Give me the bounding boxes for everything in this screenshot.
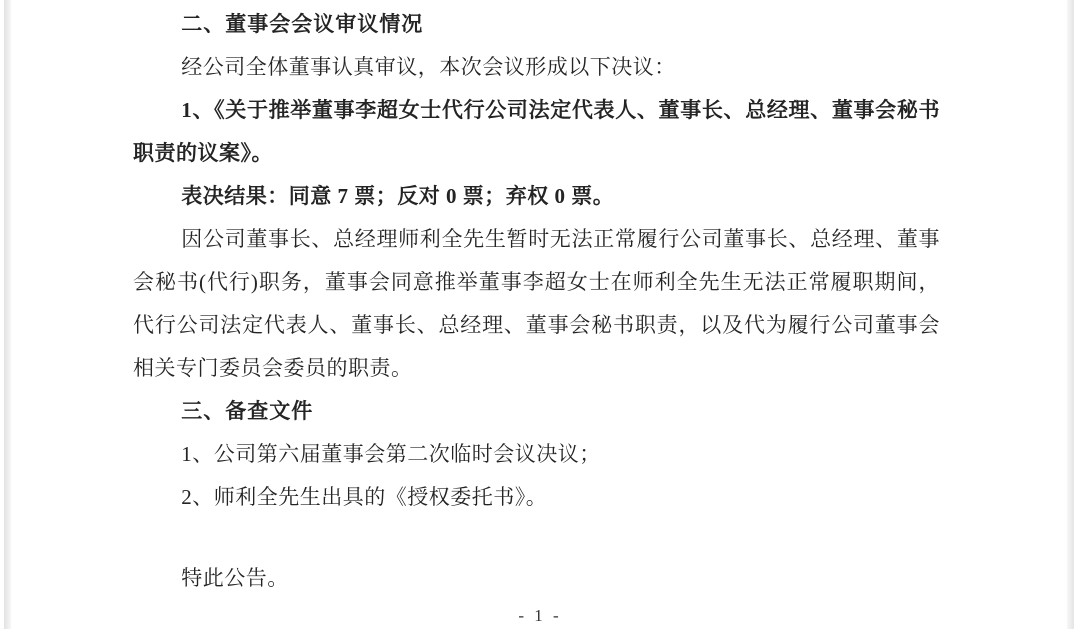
page-edge-right-shadow [1067,0,1074,629]
paragraph-vote-result: 表决结果：同意 7 票；反对 0 票；弃权 0 票。 [133,175,940,218]
page-edge-left-shadow [4,0,11,629]
paragraph-filing-doc-1: 1、公司第六届董事会第二次临时会议决议； [133,433,940,476]
paragraph-resolution-detail: 因公司董事长、总经理师利全先生暂时无法正常履行公司董事长、总经理、董事会秘书(代… [133,218,940,390]
paragraph-resolution-intro: 经公司全体董事认真审议，本次会议形成以下决议： [133,46,940,89]
document-page: 二、董事会会议审议情况 经公司全体董事认真审议，本次会议形成以下决议： 1、《关… [0,0,1080,629]
paragraph-announcement-closing: 特此公告。 [133,557,940,600]
paragraph-proposal-title: 1、《关于推举董事李超女士代行公司法定代表人、董事长、总经理、董事会秘书职责的议… [133,89,940,175]
document-body: 二、董事会会议审议情况 经公司全体董事认真审议，本次会议形成以下决议： 1、《关… [133,3,940,600]
paragraph-filing-doc-2: 2、师利全先生出具的《授权委托书》。 [133,476,940,519]
section-heading-board-review: 二、董事会会议审议情况 [133,3,940,46]
page-number: - 1 - [0,606,1080,626]
section-heading-filing-documents: 三、备查文件 [133,390,940,433]
